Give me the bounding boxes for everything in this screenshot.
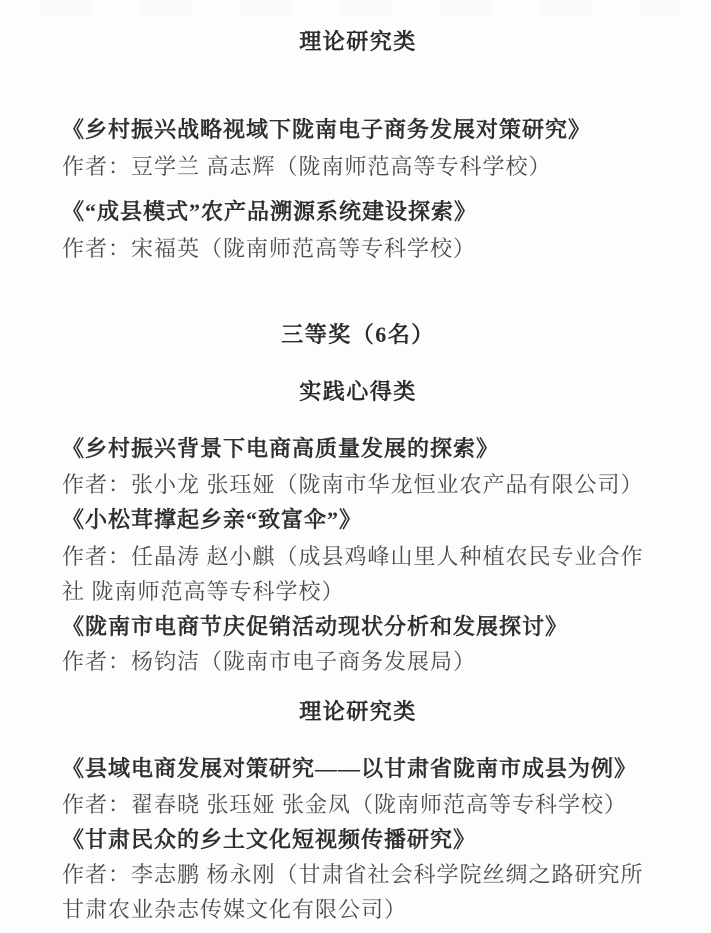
entry-author: 作者：翟春晓 张珏娅 张金凤（陇南师范高等专科学校） [62, 787, 654, 822]
entry-author: 作者：宋福英（陇南师范高等专科学校） [62, 231, 654, 266]
entry-title: 《乡村振兴战略视域下陇南电子商务发展对策研究》 [62, 112, 654, 147]
entry-title: 《陇南市电商节庆促销活动现状分析和发展探讨》 [62, 609, 654, 644]
entry-author: 作者：豆学兰 高志辉（陇南师范高等专科学校） [62, 149, 654, 184]
entry-title: 《乡村振兴背景下电商高质量发展的探索》 [62, 431, 654, 466]
scanned-document-page: 理论研究类 《乡村振兴战略视域下陇南电子商务发展对策研究》 作者：豆学兰 高志辉… [0, 0, 711, 927]
entry-author: 作者：张小龙 张珏娅（陇南市华龙恒业农产品有限公司） [62, 467, 654, 502]
category-heading: 理论研究类 [62, 24, 654, 59]
entry-author: 作者：杨钧洁（陇南市电子商务发展局） [62, 644, 654, 679]
category-heading: 理论研究类 [62, 694, 654, 729]
entry-title: 《县域电商发展对策研究——以甘肃省陇南市成县为例》 [62, 751, 654, 786]
entry-title: 《甘肃民众的乡土文化短视频传播研究》 [62, 822, 654, 857]
document-content: 理论研究类 《乡村振兴战略视域下陇南电子商务发展对策研究》 作者：豆学兰 高志辉… [62, 24, 654, 927]
award-heading: 三等奖（6名） [62, 317, 654, 352]
entry-title: 《“成县模式”农产品溯源系统建设探索》 [62, 194, 654, 229]
entry-title: 《小松茸撑起乡亲“致富伞”》 [62, 502, 654, 537]
entry-author: 作者：李志鹏 杨永刚（甘肃省社会科学院丝绸之路研究所 甘肃农业杂志传媒文化有限公… [62, 857, 654, 927]
category-heading: 实践心得类 [62, 374, 654, 409]
entry-author: 作者：任晶涛 赵小麒（成县鸡峰山里人种植农民专业合作社 陇南师范高等专科学校） [62, 539, 654, 609]
